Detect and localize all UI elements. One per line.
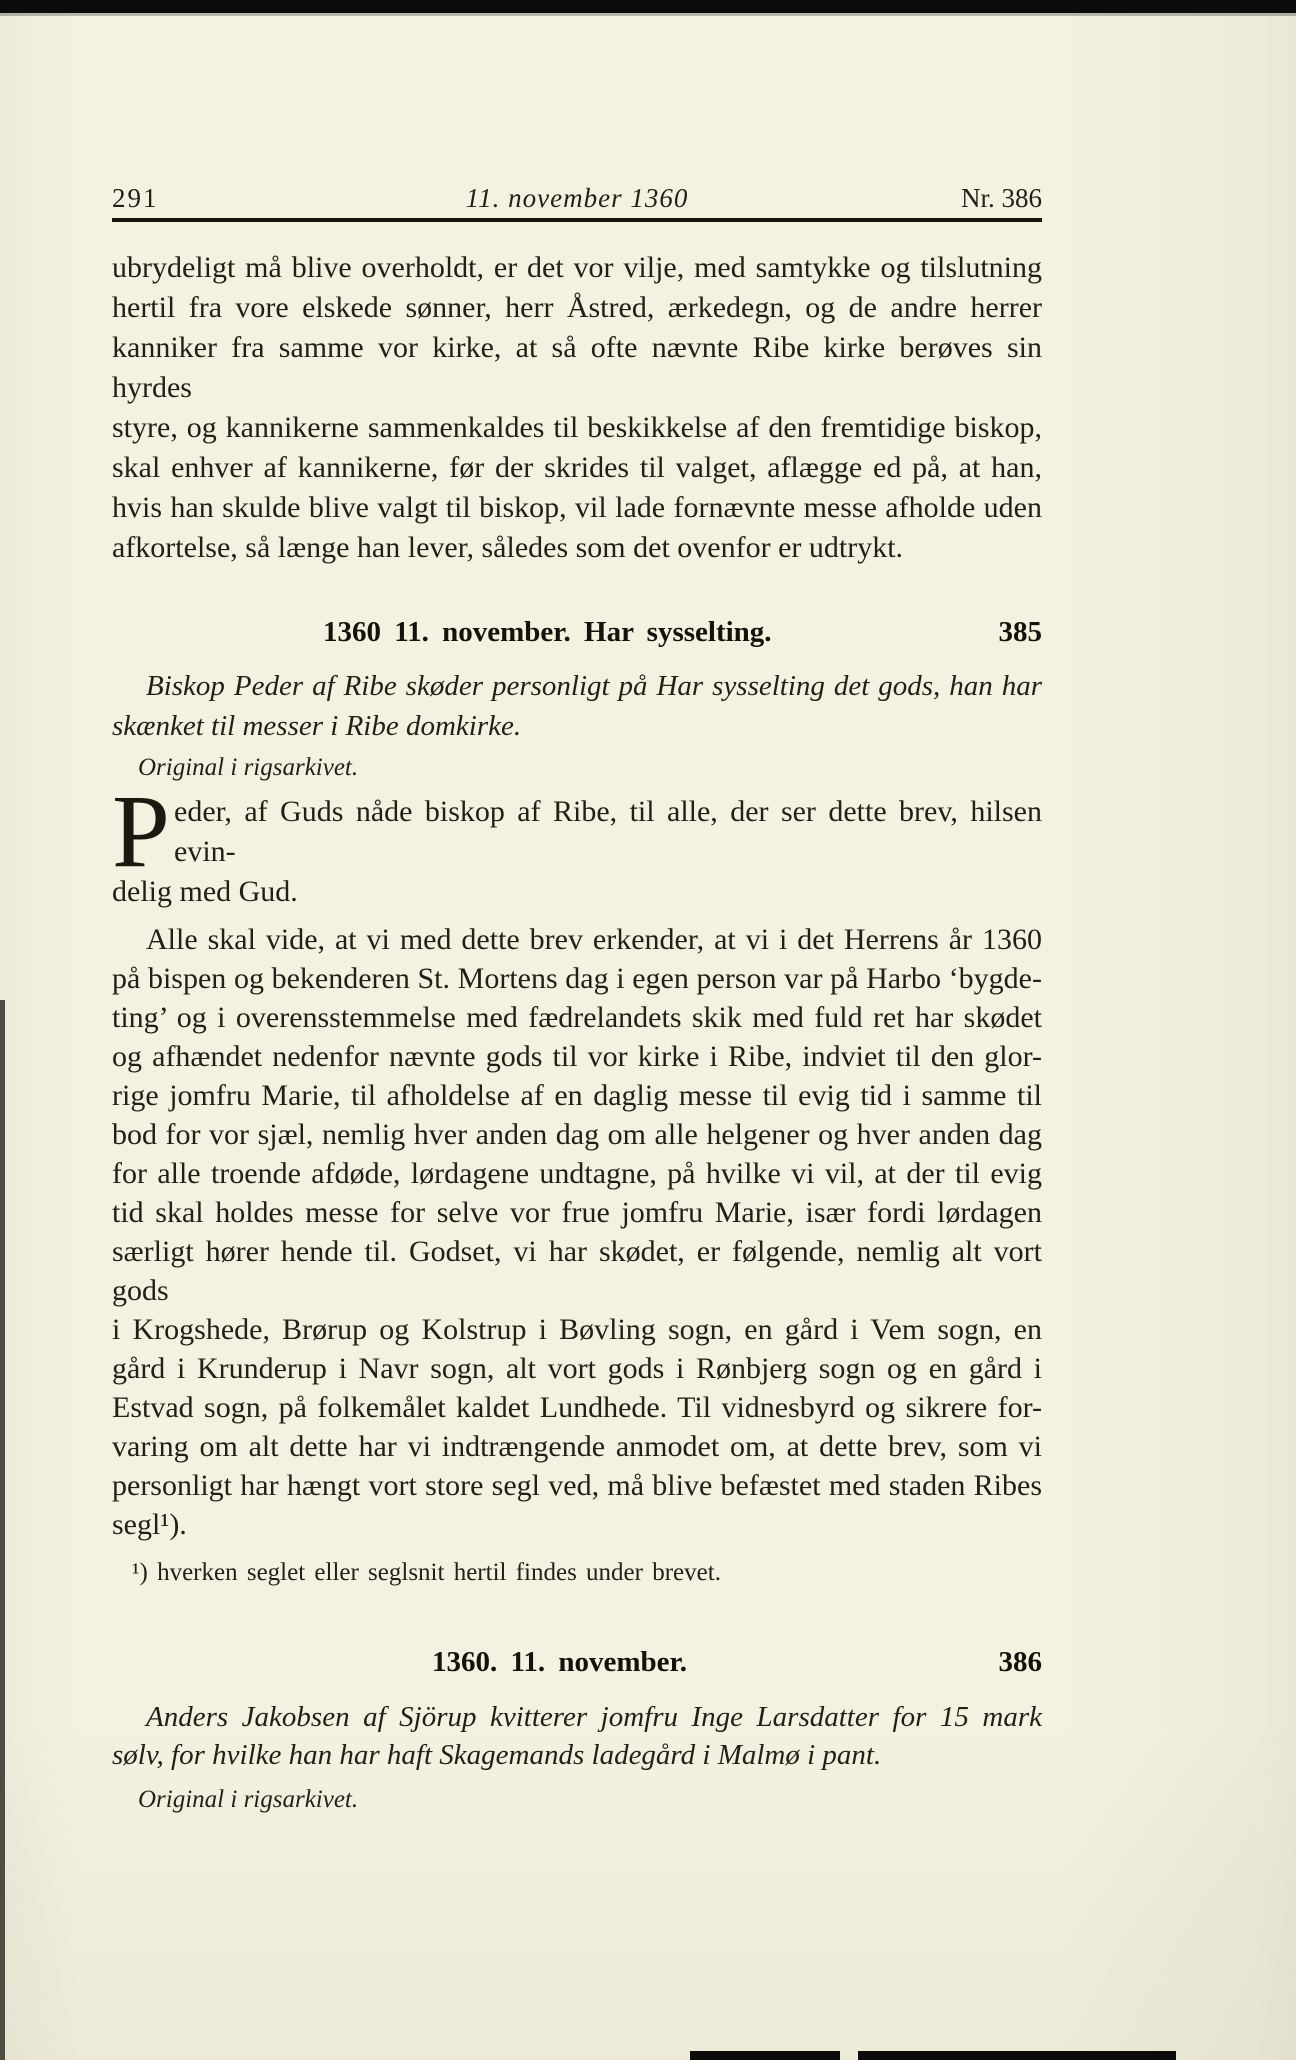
letter-opening: P eder, af Guds nåde biskop af Ribe, til… xyxy=(112,792,1042,912)
text-line: personligt har hængt vort store segl ved… xyxy=(112,1466,1042,1505)
paragraph-continuation: ubrydeligt må blive overholdt, er det vo… xyxy=(112,248,1042,568)
entry-386-summary: Anders Jakobsen af Sjörup kvitterer jomf… xyxy=(112,1698,1042,1774)
scan-bottom-mark xyxy=(690,2051,840,2060)
entry-385-source: Original i rigsarkivet. xyxy=(112,752,1042,784)
summary-line: Anders Jakobsen af Sjörup kvitterer jomf… xyxy=(112,1698,1042,1736)
text-line: varing om alt dette har vi indtrængende … xyxy=(112,1427,1042,1466)
entry-386-title: 1360. 11. november. xyxy=(432,1646,687,1678)
letter-body: Alle skal vide, at vi med dette brev erk… xyxy=(112,920,1042,1544)
text-line: hvis han skulde blive valgt til biskop, … xyxy=(112,488,1042,528)
entry-386-source: Original i rigsarkivet. xyxy=(112,1784,1042,1816)
text-line: i Krogshede, Brørup og Kolstrup i Bøvlin… xyxy=(112,1310,1042,1349)
entry-385-number: 385 xyxy=(999,614,1043,650)
text-line: ubrydeligt må blive overholdt, er det vo… xyxy=(112,248,1042,288)
header-rule xyxy=(112,218,1042,222)
summary-line: sølv, for hvilke han har haft Skagemands… xyxy=(112,1736,1042,1774)
text-block: 291 11. november 1360 Nr. 386 ubrydeligt… xyxy=(112,0,1042,1816)
text-line: segl¹). xyxy=(112,1505,1042,1544)
text-line: gård i Krunderup i Navr sogn, alt vort g… xyxy=(112,1349,1042,1388)
running-head: 291 11. november 1360 Nr. 386 xyxy=(112,182,1042,214)
text-line: tid skal holdes messe for selve vor frue… xyxy=(112,1193,1042,1232)
text-line: rige jomfru Marie, til afholdelse af en … xyxy=(112,1076,1042,1115)
entry-385-heading: 1360 11. november. Har sysselting. 385 xyxy=(112,614,1042,650)
text-line: kanniker fra samme vor kirke, at så ofte… xyxy=(112,328,1042,408)
letter-line: delig med Gud. xyxy=(112,872,1042,912)
document-number: Nr. 386 xyxy=(961,182,1042,214)
text-line: styre, og kannikerne sammenkaldes til be… xyxy=(112,408,1042,448)
drop-cap-initial: P xyxy=(112,792,160,872)
entry-386-number: 386 xyxy=(999,1644,1043,1680)
text-line: Estvad sogn, på folkemålet kaldet Lundhe… xyxy=(112,1388,1042,1427)
footnote: ¹) hverken seglet eller seglsnit hertil … xyxy=(112,1558,1042,1588)
entry-385-summary: Biskop Peder af Ribe skøder personligt p… xyxy=(112,666,1042,746)
entry-385-title: 1360 11. november. Har sysselting. xyxy=(323,616,772,648)
page-number: 291 xyxy=(112,182,159,214)
text-line: ting’ og i overensstemmelse med fædrelan… xyxy=(112,998,1042,1037)
scan-left-edge xyxy=(0,1000,5,2060)
text-line: for alle troende afdøde, lørdagene undta… xyxy=(112,1154,1042,1193)
running-title: 11. november 1360 xyxy=(112,182,1042,214)
entry-386-heading: 1360. 11. november. 386 xyxy=(112,1644,1042,1680)
letter-line: eder, af Guds nåde biskop af Ribe, til a… xyxy=(112,792,1042,872)
text-line: og afhændet nedenfor nævnte gods til vor… xyxy=(112,1037,1042,1076)
text-line: hertil fra vore elskede sønner, herr Åst… xyxy=(112,288,1042,328)
book-page-scan: 291 11. november 1360 Nr. 386 ubrydeligt… xyxy=(0,0,1296,2060)
text-line: Alle skal vide, at vi med dette brev erk… xyxy=(112,920,1042,959)
text-line: på bispen og bekenderen St. Mortens dag … xyxy=(112,959,1042,998)
summary-line: skænket til messer i Ribe domkirke. xyxy=(112,706,1042,746)
text-line: særligt hører hende til. Godset, vi har … xyxy=(112,1232,1042,1310)
text-line: skal enhver af kannikerne, før der skrid… xyxy=(112,448,1042,488)
scan-bottom-mark xyxy=(858,2051,1176,2060)
text-line: afkortelse, så længe han lever, således … xyxy=(112,528,1042,568)
text-line: bod for vor sjæl, nemlig hver anden dag … xyxy=(112,1115,1042,1154)
summary-line: Biskop Peder af Ribe skøder personligt p… xyxy=(112,666,1042,706)
